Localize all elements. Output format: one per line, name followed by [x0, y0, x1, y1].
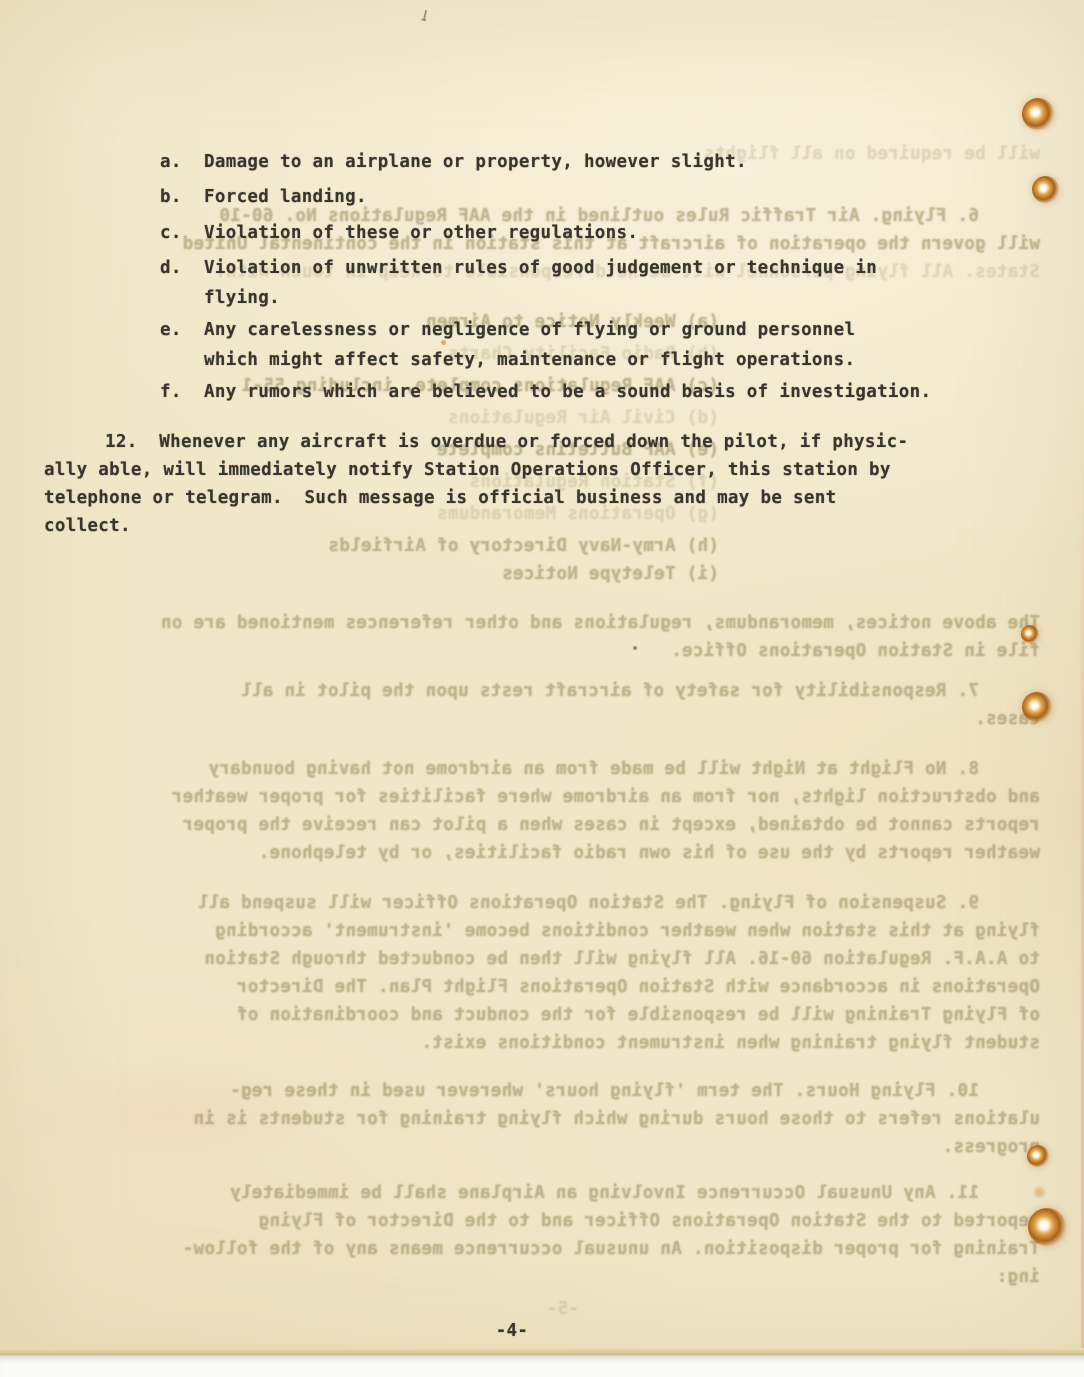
bleed-through-line: progress. [942, 1136, 1040, 1159]
list-item-letter: f. [160, 381, 182, 404]
paper-bottom-edge [0, 1348, 1084, 1355]
list-item-letter: e. [160, 319, 182, 342]
list-item-letter: b. [160, 186, 182, 209]
bleed-through-line: (d) Civil Air Regulations [448, 407, 719, 430]
rust-stain [1028, 1208, 1066, 1246]
list-item-text: Any carelessness or negligence of flying… [204, 319, 855, 342]
bleed-through-line: and obstruction lights, nor from an aird… [172, 786, 1040, 809]
bleed-through-line: reported to the Station Operations Offic… [258, 1210, 1040, 1233]
bleed-through-line: Operations in accordance with Station Op… [237, 976, 1040, 999]
paragraph-12-line: telephone or telegram. Such message is o… [44, 487, 836, 510]
document-page: will be required on all flights.6. Flyin… [0, 0, 1084, 1355]
bleed-through-line: flying at this station when weather cond… [215, 920, 1040, 943]
list-item-letter: a. [160, 151, 182, 174]
bleed-through-line: file in Station Operations Office. [671, 640, 1040, 663]
bleed-through-line: (h) Army-Navy Directory of Airfields [328, 535, 719, 558]
bleed-through-line: (i) Teletype Notices [502, 563, 719, 586]
rust-stain [1027, 1145, 1049, 1167]
bleed-through-line: reports cannot be obtained, except in ca… [182, 814, 1040, 837]
bleed-through-line: Training for proper disposition. An unus… [182, 1238, 1040, 1261]
bleed-through-line: 8. No Flight at Night will be made from … [208, 758, 979, 781]
bleed-through-line: -5- [546, 1298, 579, 1321]
ink-speck [633, 646, 637, 650]
rust-stain [1022, 98, 1054, 130]
list-item-text: Forced landing. [204, 186, 367, 209]
paragraph-12-line: ally able, will immediately notify Stati… [44, 459, 891, 482]
list-item-text: Damage to an airplane or property, howev… [204, 151, 747, 174]
list-item-text: Violation of these or other regulations. [204, 222, 638, 245]
list-item-letter: d. [160, 257, 182, 280]
paragraph-12-line: 12. Whenever any aircraft is overdue or … [105, 431, 908, 454]
list-item-text: Any rumors which are believed to be a so… [204, 381, 931, 404]
ink-speck [441, 340, 446, 345]
bleed-through-line: 7. Responsibility for safety of aircraft… [241, 680, 979, 703]
bleed-through-line: ulations refers to those hours during wh… [193, 1108, 1040, 1131]
scanner-background [0, 1355, 1084, 1377]
list-item-letter: c. [160, 222, 182, 245]
bleed-through-line: to A.A.F. Regulation 60-16. All flying w… [204, 948, 1040, 971]
rust-stain [1021, 625, 1039, 643]
rust-stain [1032, 176, 1059, 203]
rust-stain [1022, 692, 1052, 722]
list-item-text: Violation of unwritten rules of good jud… [204, 257, 877, 280]
bleed-through-line: student flying training when instrument … [421, 1032, 1040, 1055]
page-number: -4- [467, 1320, 557, 1343]
bleed-through-line: weather reports by the use of his own ra… [258, 842, 1040, 865]
rust-stain [1033, 1186, 1046, 1199]
bleed-through-line: of Flying Training will be responsible f… [237, 1004, 1040, 1027]
bleed-through-line: 10. Flying Hours. The term 'flying hours… [230, 1080, 979, 1103]
list-item-text: which might affect safety, maintenance o… [204, 349, 855, 372]
bleed-through-line: ing: [997, 1266, 1040, 1289]
bleed-through-line: 11. Any Unusual Occurrence Involving an … [230, 1182, 979, 1205]
bleed-through-line: The above notices, memorandums, regulati… [161, 612, 1040, 635]
list-item-text: flying. [204, 287, 280, 310]
bleed-through-line: 9. Suspension of Flying. The Station Ope… [197, 892, 979, 915]
paragraph-12-line: collect. [44, 515, 131, 538]
